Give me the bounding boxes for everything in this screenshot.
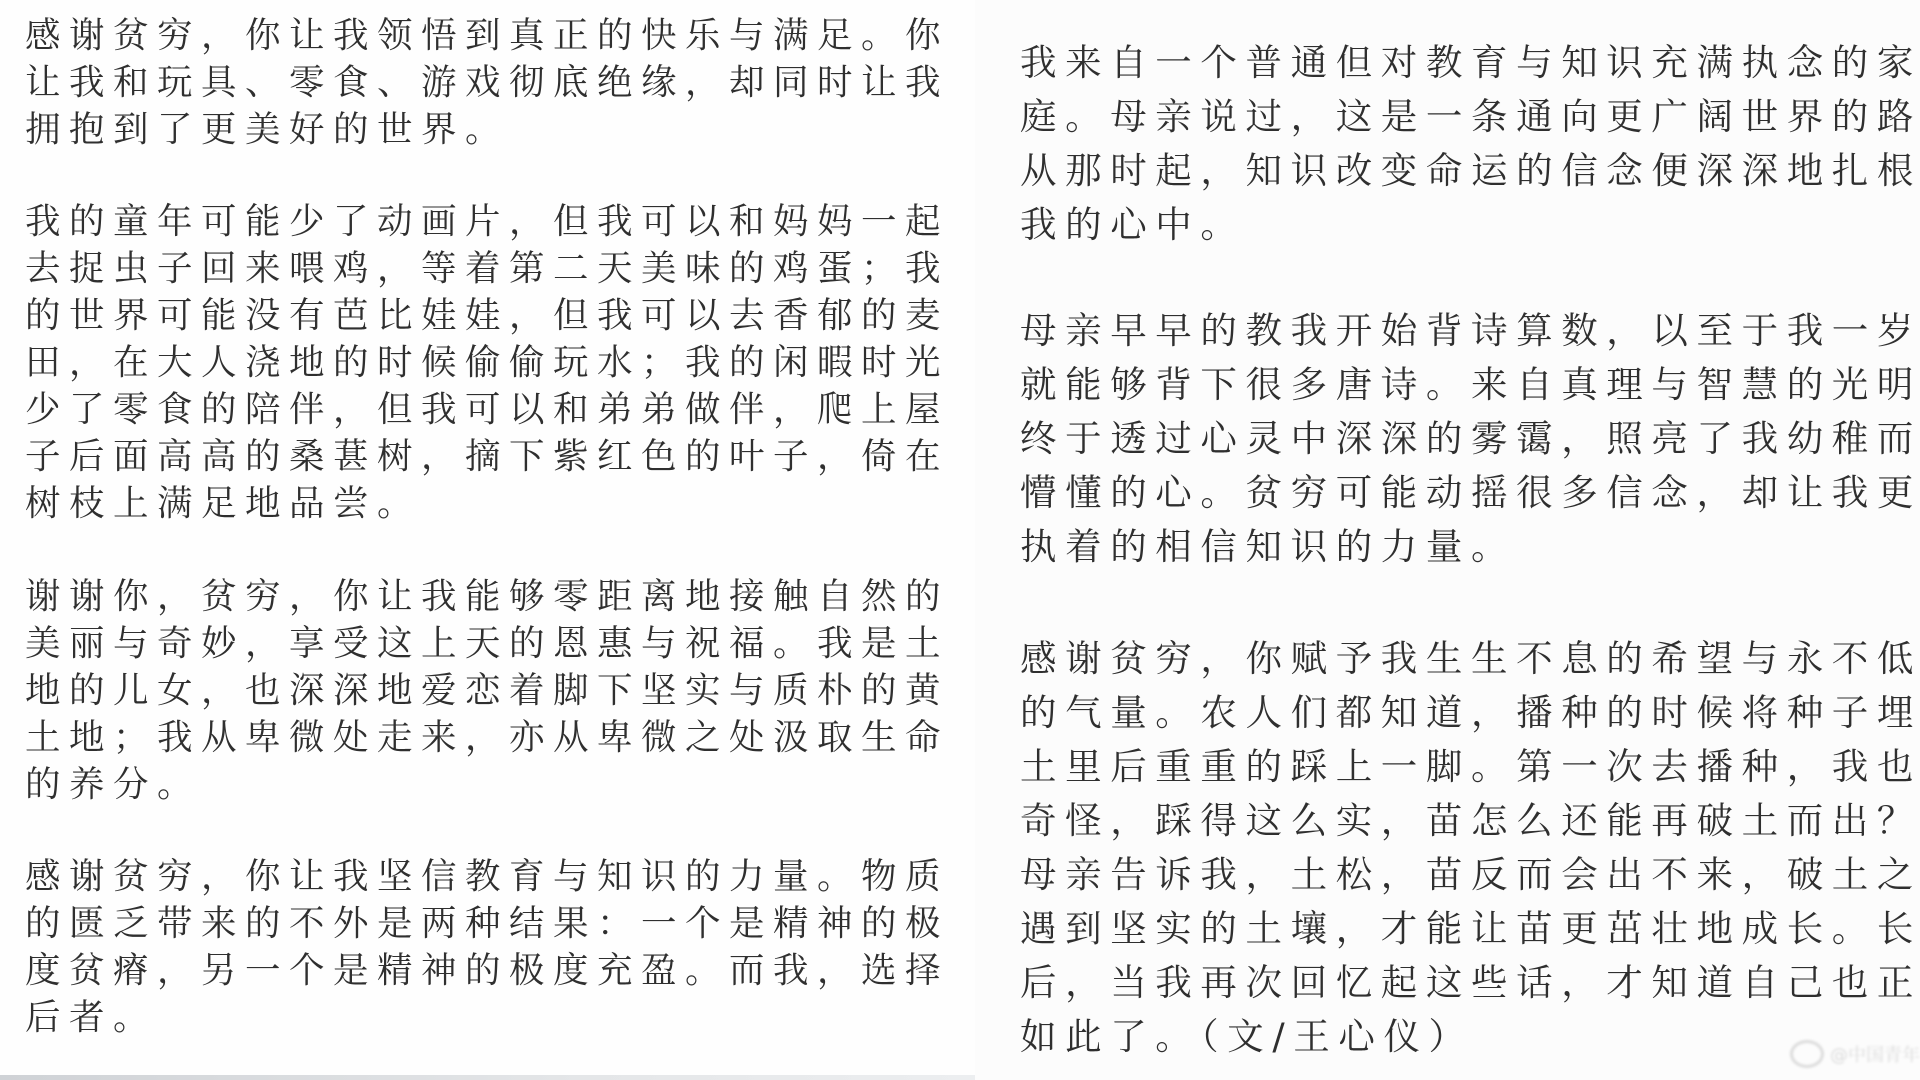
text-line: 遇到坚实的土壤，才能让苗更茁壮地成长。长大 [1020,902,1920,956]
watermark-text: @中国青年 [1830,1041,1920,1067]
paragraph-4: 感谢贫穷，你让我坚信教育与知识的力量。物质 的匮乏带来的不外是两种结果：一个是精… [25,853,970,1041]
text-line: 我的童年可能少了动画片，但我可以和妈妈一起 [25,198,970,245]
text-line: 的匮乏带来的不外是两种结果：一个是精神的极 [25,900,970,947]
text-line: 土地；我从卑微处走来，亦从卑微之处汲取生命 [25,714,970,761]
text-line: 谢谢你，贫穷，你让我能够零距离地接触自然的 [25,573,970,620]
text-line: 如此了。（文/王心仪） [1020,1010,1920,1064]
paragraph-7: 感谢贫穷，你赋予我生生不息的希望与永不低头 的气量。农人们都知道，播种的时候将种… [1020,632,1920,1064]
text-line: 的气量。农人们都知道，播种的时候将种子埋在 [1020,686,1920,740]
text-line: 从那时起，知识改变命运的信念便深深地扎根在 [1020,144,1920,198]
text-line: 的世界可能没有芭比娃娃，但我可以去香郁的麦 [25,292,970,339]
paragraph-5: 我来自一个普通但对教育与知识充满执念的家 庭。母亲说过，这是一条通向更广阔世界的… [1020,36,1920,252]
text-line: 我来自一个普通但对教育与知识充满执念的家 [1020,36,1920,90]
text-line: 母亲告诉我，土松，苗反而会出不来，破土之前 [1020,848,1920,902]
weibo-watermark: @中国青年 [1790,1040,1920,1068]
text-line: 的养分。 [25,761,970,808]
text-line: 度贫瘠，另一个是精神的极度充盈。而我，选择 [25,947,970,994]
text-line: 我的心中。 [1020,198,1920,252]
weibo-icon [1790,1040,1824,1068]
text-line: 美丽与奇妙，享受这上天的恩惠与祝福。我是土 [25,620,970,667]
text-line: 去捉虫子回来喂鸡，等着第二天美味的鸡蛋；我 [25,245,970,292]
text-line: 少了零食的陪伴，但我可以和弟弟做伴，爬上屋 [25,386,970,433]
paragraph-6: 母亲早早的教我开始背诗算数，以至于我一岁时 就能够背下很多唐诗。来自真理与智慧的… [1020,304,1920,574]
text-line: 终于透过心灵中深深的雾霭，照亮了我幼稚而又 [1020,412,1920,466]
left-text-panel: 感谢贫穷，你让我领悟到真正的快乐与满足。你 让我和玩具、零食、游戏彻底绝缘，却同… [0,0,975,1080]
text-line: 地的儿女，也深深地爱恋着脚下坚实与质朴的黄 [25,667,970,714]
text-line: 执着的相信知识的力量。 [1020,520,1920,574]
right-text-panel: 我来自一个普通但对教育与知识充满执念的家 庭。母亲说过，这是一条通向更广阔世界的… [975,0,1920,1080]
paragraph-2: 我的童年可能少了动画片，但我可以和妈妈一起 去捉虫子回来喂鸡，等着第二天美味的鸡… [25,198,970,527]
text-line: 田，在大人浇地的时候偷偷玩水；我的闲暇时光 [25,339,970,386]
text-line: 庭。母亲说过，这是一条通向更广阔世界的路。 [1020,90,1920,144]
text-line: 懵懂的心。贫穷可能动摇很多信念，却让我更加 [1020,466,1920,520]
text-line: 后，当我再次回忆起这些话，才知道自己也正是 [1020,956,1920,1010]
text-line: 土里后重重的踩上一脚。第一次去播种，我也很 [1020,740,1920,794]
text-line: 感谢贫穷，你让我坚信教育与知识的力量。物质 [25,853,970,900]
text-line: 感谢贫穷，你赋予我生生不息的希望与永不低头 [1020,632,1920,686]
text-line: 就能够背下很多唐诗。来自真理与智慧的光明， [1020,358,1920,412]
text-line: 子后面高高的桑葚树，摘下紫红色的叶子，倚在 [25,433,970,480]
bottom-divider-bar [0,1075,975,1080]
paragraph-1: 感谢贫穷，你让我领悟到真正的快乐与满足。你 让我和玩具、零食、游戏彻底绝缘，却同… [25,12,970,153]
paragraph-3: 谢谢你，贫穷，你让我能够零距离地接触自然的 美丽与奇妙，享受这上天的恩惠与祝福。… [25,573,970,808]
text-line: 感谢贫穷，你让我领悟到真正的快乐与满足。你 [25,12,970,59]
text-line: 奇怪，踩得这么实，苗怎么还能再破土而出？可 [1020,794,1920,848]
text-line: 后者。 [25,994,970,1041]
text-line: 树枝上满足地品尝。 [25,480,970,527]
text-line: 让我和玩具、零食、游戏彻底绝缘，却同时让我 [25,59,970,106]
text-line: 母亲早早的教我开始背诗算数，以至于我一岁时 [1020,304,1920,358]
text-line: 拥抱到了更美好的世界。 [25,106,970,153]
